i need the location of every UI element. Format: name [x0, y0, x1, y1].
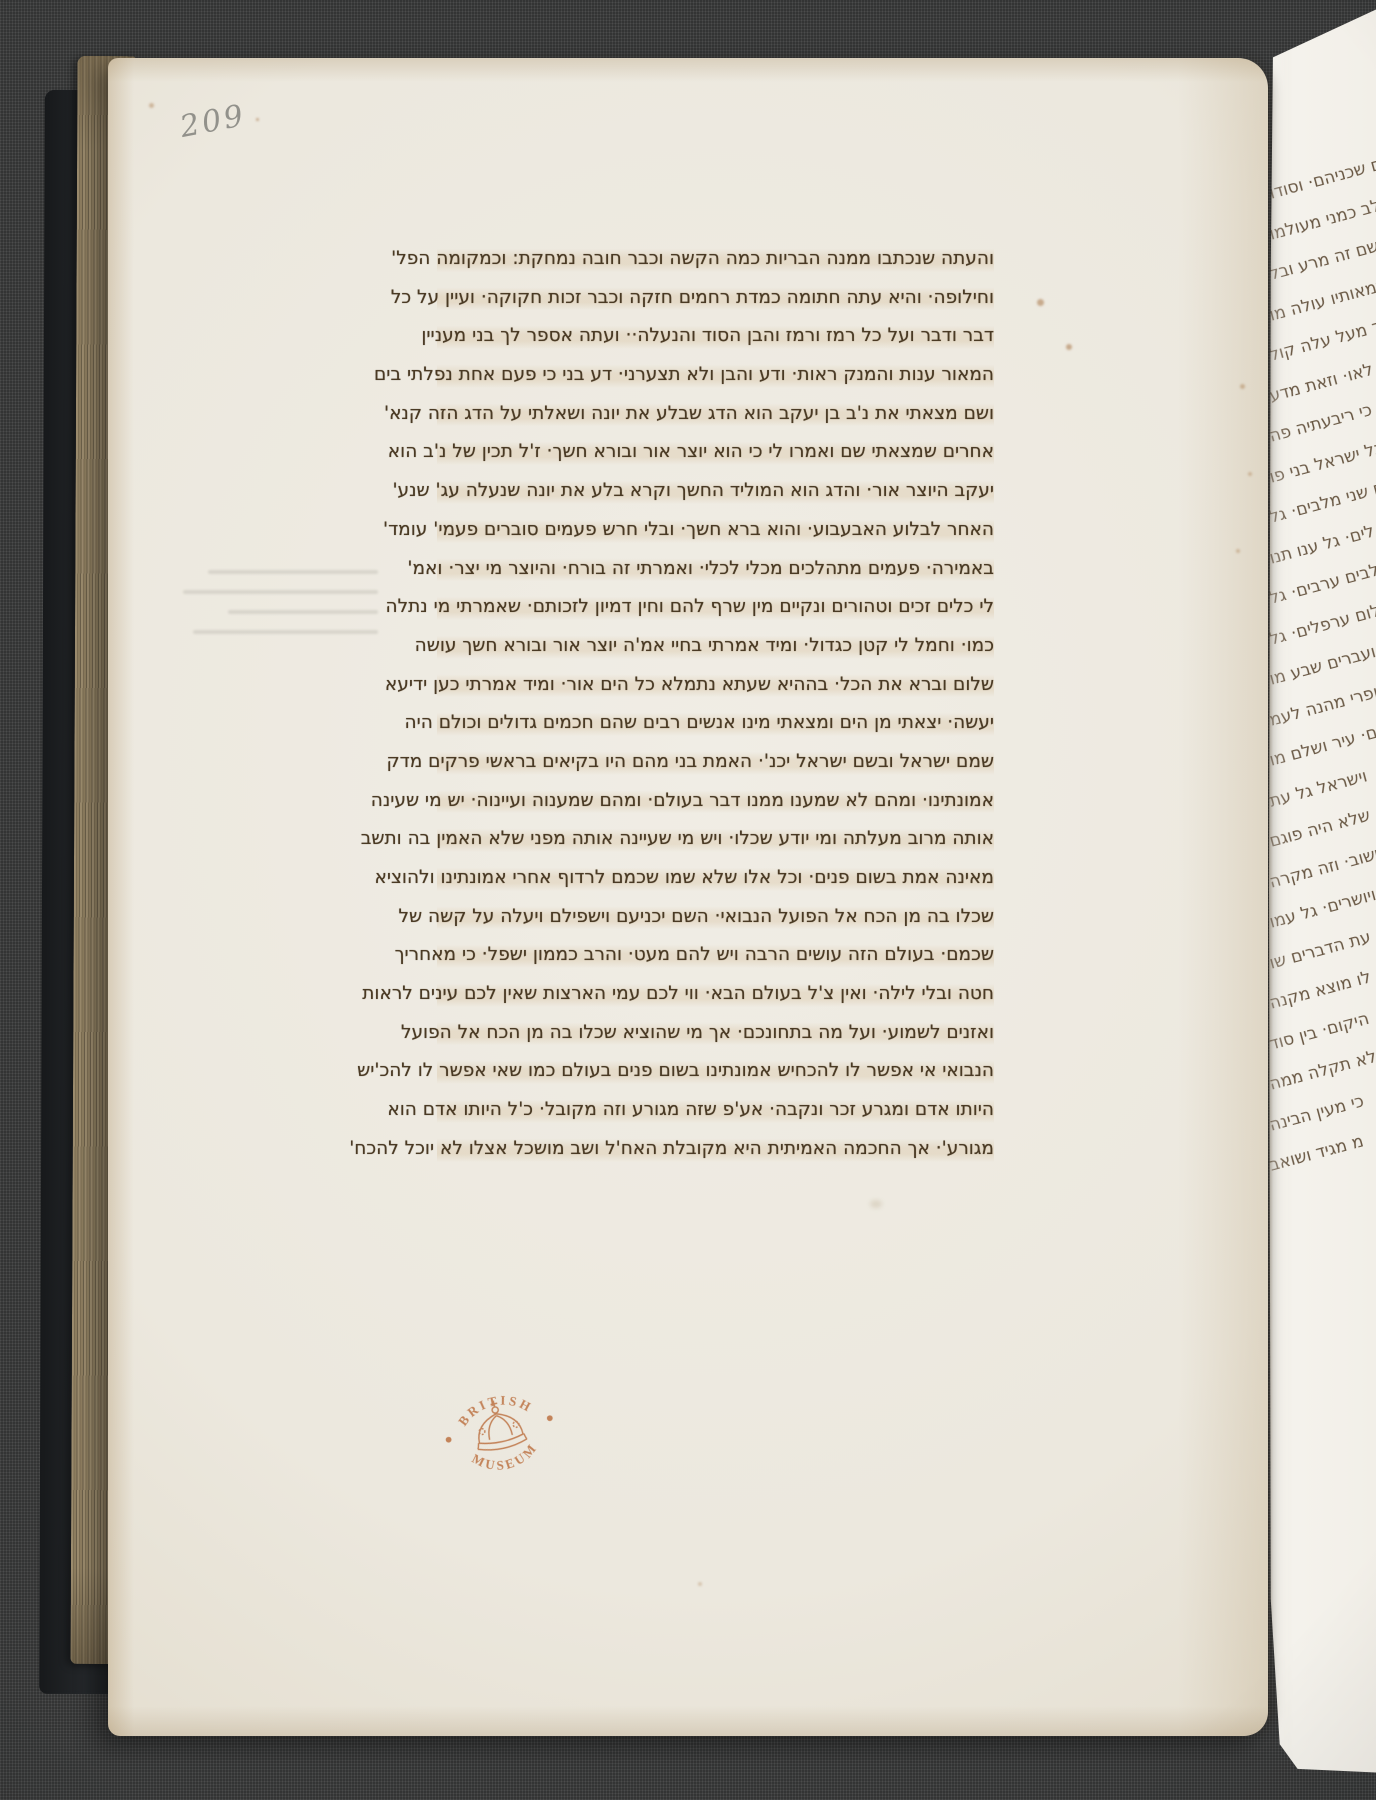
stamp-right-dot: [546, 1415, 553, 1422]
manuscript-line: דבר ודבר ועל כל רמז ורמז והבן הסוד והנעל…: [437, 317, 994, 356]
manuscript-line: שכמם· בעולם הזה עושים הרבה ויש להם מעט· …: [437, 936, 994, 975]
foxing-spot: [1240, 384, 1245, 389]
manuscript-line: שכלו בה מן הכח אל הפועל הנבואי· השם יכני…: [437, 898, 994, 937]
manuscript-line: יעשה· יצאתי מן הים ומצאתי מינו אנשים רבי…: [437, 704, 994, 743]
manuscript-line: היותו אדם ומגרע זכר ונקבה· אע'פ שזה מגור…: [437, 1091, 994, 1130]
manuscript-line: יעקב היוצר אור· והדג הוא המוליד החשך וקר…: [437, 472, 994, 511]
manuscript-photo: קם שכניהם· וסודולב כמני מעולמושם זה מרע …: [0, 0, 1376, 1800]
foxing-spot: [1236, 549, 1240, 553]
manuscript-line: חטה ובלי לילה· ואין צ'ל בעולם הבא· ווי ל…: [437, 975, 994, 1014]
manuscript-line: המאור ענות והמנק ראות· ודע והבן ולא תצער…: [437, 356, 994, 395]
manuscript-line: לי כלים זכים וטהורים ונקיים מין שרף להם …: [437, 588, 994, 627]
manuscript-line: באמירה· פעמים מתהלכים מכלי לכלי· ואמרתי …: [437, 550, 994, 589]
manuscript-line: ואזנים לשמוע· ועל מה בתחונכם· אך מי שהוצ…: [437, 1014, 994, 1053]
manuscript-page: 209 והעתה שנכתבו ממנה הבריות כמה הקשה וכ…: [108, 58, 1268, 1736]
stamp-top-text: BRITISH: [451, 1385, 538, 1430]
manuscript-line: אמונתינו· ומהם לא שמענו ממנו דבר בעולם· …: [437, 782, 994, 821]
foxing-spot: [149, 103, 154, 108]
stamp-top-text-arc: BRITISH: [451, 1385, 538, 1430]
facing-page-edge: קם שכניהם· וסודולב כמני מעולמושם זה מרע …: [1264, 6, 1376, 1776]
manuscript-line: מאינה אמת בשום פנים· וכל אלו שלא שמו שכמ…: [437, 859, 994, 898]
foxing-spot: [698, 1582, 702, 1586]
manuscript-line: והעתה שנכתבו ממנה הבריות כמה הקשה וכבר ח…: [437, 240, 994, 279]
foxing-spot: [256, 118, 259, 121]
manuscript-line: וחילופה· והיא עתה חתומה כמדת רחמים חזקה …: [437, 279, 994, 318]
manuscript-line: אותה מרוב מעלתה ומי יודע שכלו· ויש מי שע…: [437, 820, 994, 859]
british-museum-stamp: BRITISH MUSEUM: [430, 1359, 568, 1497]
manuscript-line: ושם מצאתי את נ'ב בן יעקב הוא הדג שבלע את…: [437, 395, 994, 434]
stamp-left-dot: [445, 1436, 452, 1443]
foxing-spot: [1248, 472, 1252, 476]
manuscript-line: הנבואי אי אפשר לו להכחיש אמונתינו בשום פ…: [437, 1052, 994, 1091]
manuscript-line: כמו· וחמל לי קטן כגדול· ומיד אמרתי בחיי …: [437, 627, 994, 666]
foxing-spot: [1066, 344, 1072, 350]
foxing-spot: [1037, 299, 1044, 306]
manuscript-text-block: והעתה שנכתבו ממנה הבריות כמה הקשה וכבר ח…: [437, 240, 994, 1169]
show-through-ghost-text: [170, 554, 378, 654]
foxing-spot: [870, 1200, 882, 1208]
folio-number-pencil: 209: [177, 98, 249, 145]
manuscript-line: שמם ישראל ובשם ישראל יכנ'· האמת בני מהם …: [437, 743, 994, 782]
manuscript-line: אחרים שמצאתי שם ואמרו לי כי הוא יוצר אור…: [437, 433, 994, 472]
manuscript-line: מגורע'· אך החכמה האמיתית היא מקובלת האח'…: [437, 1130, 994, 1169]
facing-page-text-column: קם שכניהם· וסודולב כמני מעולמושם זה מרע …: [1270, 174, 1376, 1187]
manuscript-line: שלום וברא את הכל· בההיא שעתא נתמלא כל הי…: [437, 666, 994, 705]
manuscript-line: האחר לבלוע האבעבוע· והוא ברא חשך· ובלי ח…: [437, 511, 994, 550]
